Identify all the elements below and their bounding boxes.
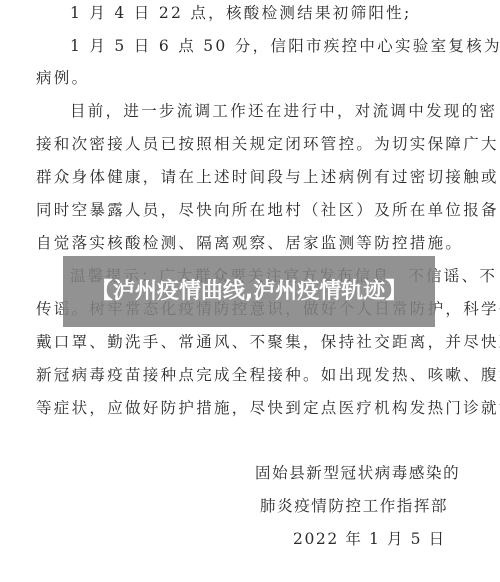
doc-line-7: 同时空暴露人员，尽快向所在地村（社区）及所在单位报备， xyxy=(36,200,500,220)
doc-line-8: 自觉落实核酸检测、隔离观察、居家监测等防控措施。 xyxy=(36,233,463,253)
doc-line-2: 1 月 5 日 6 点 50 分，信阳市疾控中心实验室复核为确诊 xyxy=(70,36,500,56)
overlay-title[interactable]: 【泸州疫情曲线,泸州疫情轨迹】 xyxy=(69,277,429,307)
doc-line-3: 病例。 xyxy=(36,68,89,88)
signature-org-line-2: 肺炎疫情防控工作指挥部 xyxy=(260,496,448,516)
doc-line-12: 新冠病毒疫苗接种点完成全程接种。如出现发热、咳嗽、腹泻 xyxy=(36,365,500,385)
doc-line-13: 等症状，应做好防护措施，尽快到定点医疗机构发热门诊就诊。 xyxy=(36,398,500,418)
doc-line-4: 目前，进一步流调工作还在进行中，对流调中发现的密 xyxy=(70,101,497,121)
title-overlay-banner[interactable]: 【泸州疫情曲线,泸州疫情轨迹】 xyxy=(63,256,435,327)
signature-date: 2022 年 1 月 5 日 xyxy=(293,529,446,549)
doc-line-1: 1 月 4 日 22 点，核酸检测结果初筛阳性; xyxy=(70,3,412,23)
doc-line-11: 戴口罩、勤洗手、常通风、不聚集，保持社交距离，并尽快到 xyxy=(36,332,500,352)
doc-line-6: 群众身体健康，请在上述时间段与上述病例有过密切接触或 xyxy=(36,167,499,187)
signature-org-line-1: 固始县新型冠状病毒感染的 xyxy=(255,463,460,483)
doc-line-5: 接和次密接人员已按照相关规定闭环管控。为切实保障广大 xyxy=(36,134,499,154)
